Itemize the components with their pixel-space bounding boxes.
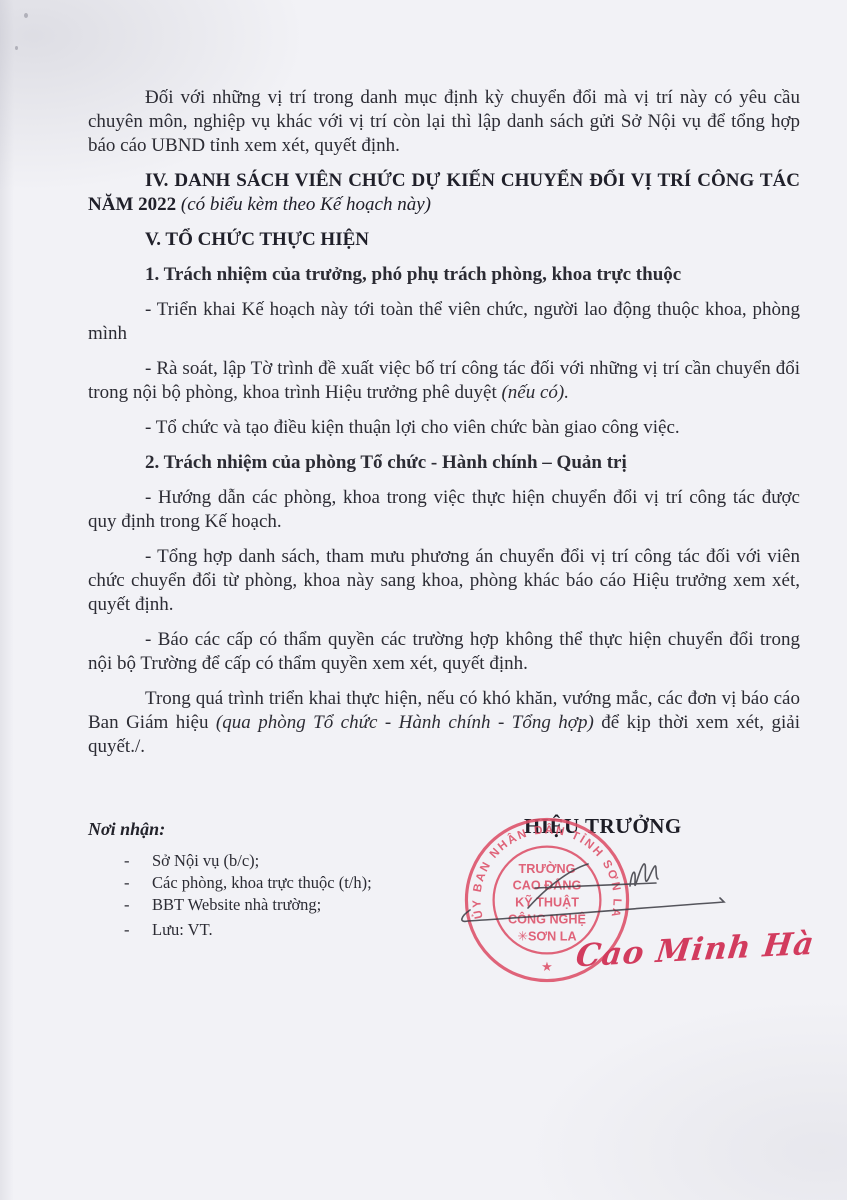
subsection-1-title: 1. Trách nhiệm của trưởng, phó phụ trách… (88, 263, 800, 287)
heading-text: V. TỔ CHỨC THỰC HIỆN (145, 229, 369, 250)
paragraph-text: - Báo các cấp có thẩm quyền các trường h… (88, 629, 800, 674)
bullet-paragraph: - Tổ chức và tạo điều kiện thuận lợi cho… (88, 416, 800, 440)
subsection-title-text: 1. Trách nhiệm của trưởng, phó phụ trách… (145, 264, 681, 285)
subsection-title-text: 2. Trách nhiệm của phòng Tổ chức - Hành … (145, 452, 627, 473)
paragraph-text: - Triển khai Kế hoạch này tới toàn thể v… (88, 299, 800, 344)
heading-section-iv: IV. DANH SÁCH VIÊN CHỨC DỰ KIẾN CHUYỂN Đ… (88, 169, 800, 217)
scanned-document-page: Đối với những vị trí trong danh mục định… (0, 0, 847, 1200)
bullet-paragraph: - Báo các cấp có thẩm quyền các trường h… (88, 628, 800, 676)
paragraph-closing: Trong quá trình triển khai thực hiện, nế… (88, 687, 800, 759)
recipients-list: -Sở Nội vụ (b/c); -Các phòng, khoa trực … (124, 850, 372, 941)
paragraph-text: - Hướng dẫn các phòng, khoa trong việc t… (88, 487, 800, 532)
subsection-2-title: 2. Trách nhiệm của phòng Tổ chức - Hành … (88, 451, 800, 475)
recipient-text: Lưu: VT. (152, 919, 213, 941)
bullet-paragraph: - Hướng dẫn các phòng, khoa trong việc t… (88, 486, 800, 534)
recipient-text: Sở Nội vụ (b/c); (152, 850, 259, 872)
dash-bullet: - (124, 850, 152, 872)
recipient-text: BBT Website nhà trường; (152, 894, 321, 916)
paragraph-text: Đối với những vị trí trong danh mục định… (88, 87, 800, 156)
recipient-item: -Sở Nội vụ (b/c); (124, 850, 372, 872)
recipient-item: -BBT Website nhà trường; (124, 894, 372, 916)
paragraph-text: - Rà soát, lập Tờ trình đề xuất việc bố … (88, 358, 800, 403)
bullet-paragraph: - Rà soát, lập Tờ trình đề xuất việc bố … (88, 357, 800, 405)
paragraph-intro: Đối với những vị trí trong danh mục định… (88, 86, 800, 158)
recipient-item: -Lưu: VT. (124, 919, 372, 941)
bullet-paragraph: - Tổng hợp danh sách, tham mưu phương án… (88, 545, 800, 617)
signature-long-line (462, 898, 724, 921)
recipient-item: -Các phòng, khoa trực thuộc (t/h); (124, 872, 372, 894)
recipient-text: Các phòng, khoa trực thuộc (t/h); (152, 872, 372, 894)
handwritten-signature-ink (440, 840, 847, 1000)
paragraph-italic-note: (nếu có). (501, 382, 569, 403)
heading-note-italic: (có biểu kèm theo Kế hoạch này) (181, 194, 431, 215)
dash-bullet: - (124, 872, 152, 894)
paragraph-text: - Tổ chức và tạo điều kiện thuận lợi cho… (145, 417, 680, 438)
recipients-label: Nơi nhận: (88, 819, 165, 840)
dash-bullet: - (124, 894, 152, 916)
document-body: Đối với những vị trí trong danh mục định… (0, 0, 847, 770)
heading-section-v: V. TỔ CHỨC THỰC HIỆN (88, 228, 800, 252)
dash-bullet: - (124, 919, 152, 941)
paragraph-text: - Tổng hợp danh sách, tham mưu phương án… (88, 546, 800, 615)
bullet-paragraph: - Triển khai Kế hoạch này tới toàn thể v… (88, 298, 800, 346)
paragraph-italic-note: (qua phòng Tổ chức - Hành chính - Tổng h… (216, 712, 594, 733)
